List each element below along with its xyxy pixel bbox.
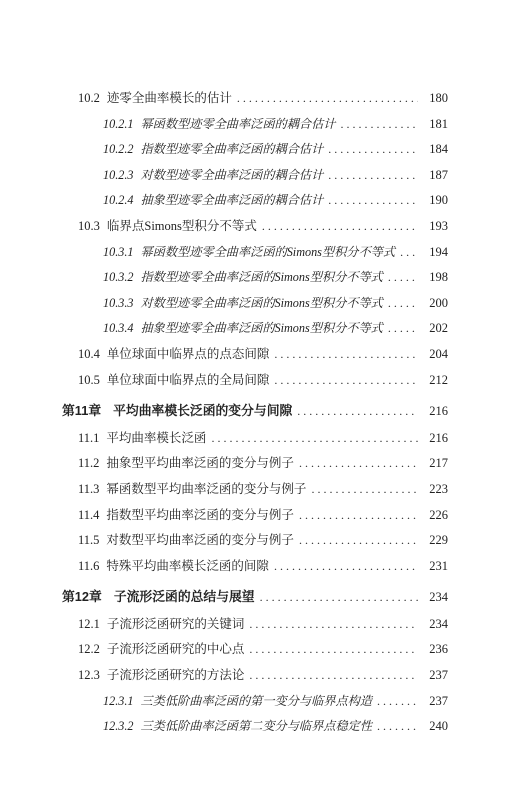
toc-entry-title: 子流形泛函的总结与展望	[114, 584, 255, 610]
toc-dot-leader: ........................................…	[299, 503, 418, 529]
toc-entry-page: 187	[423, 163, 448, 189]
toc-entry-number: 11.1	[78, 426, 99, 452]
toc-entry-page: 223	[423, 477, 448, 503]
toc-entry-number: 11.4	[78, 503, 99, 529]
toc-dot-leader: ........................................…	[249, 637, 418, 663]
toc-dot-leader: ........................................…	[388, 316, 418, 342]
toc-entry-number: 10.3.4	[103, 316, 133, 342]
toc-entry-title: 抽象型迹零全曲率泛函的耦合估计	[140, 188, 323, 214]
toc-entry-number: 12.1	[78, 612, 100, 638]
toc-entry-page: 240	[423, 714, 448, 740]
toc-dot-leader: ........................................…	[237, 86, 418, 112]
toc-entry-title: 平均曲率模长泛函	[106, 426, 206, 452]
toc-entry-title: 幂函数型平均曲率泛函的变分与例子	[106, 477, 306, 503]
toc-entry-number: 10.2	[78, 86, 100, 112]
toc-entry-number: 第11章	[62, 398, 101, 424]
toc-entry-page: 229	[423, 528, 448, 554]
toc-entry-title: 抽象型迹零全曲率泛函的Simons型积分不等式	[140, 316, 382, 342]
toc-entry[interactable]: 11.4指数型平均曲率泛函的变分与例子.....................…	[78, 503, 448, 529]
toc-dot-leader: ........................................…	[377, 714, 418, 740]
toc-entry-page: 237	[423, 663, 448, 689]
toc-entry[interactable]: 12.1子流形泛函研究的关键词.........................…	[78, 612, 448, 638]
toc-entry-title: 子流形泛函研究的中心点	[107, 637, 245, 663]
toc-entry[interactable]: 10.3临界点Simons型积分不等式.....................…	[78, 214, 448, 240]
toc-entry-page: 193	[423, 214, 448, 240]
toc-dot-leader: ........................................…	[211, 426, 418, 452]
toc-entry-number: 10.2.1	[103, 112, 133, 138]
toc-entry-page: 216	[423, 399, 448, 425]
toc-entry[interactable]: 10.2.2指数型迹零全曲率泛函的耦合估计...................…	[103, 137, 448, 163]
toc-entry-number: 10.5	[78, 368, 100, 394]
toc-entry-number: 10.3.1	[103, 240, 133, 266]
toc-dot-leader: ........................................…	[260, 585, 418, 611]
toc-entry-title: 单位球面中临界点的点态间隙	[107, 342, 270, 368]
toc-entry-number: 11.5	[78, 528, 99, 554]
toc-entry-title: 子流形泛函研究的方法论	[107, 663, 245, 689]
toc-entry[interactable]: 10.3.1幂函数型迹零全曲率泛函的Simons型积分不等式..........…	[103, 240, 448, 266]
toc-dot-leader: ........................................…	[388, 265, 418, 291]
toc-entry[interactable]: 10.2.3对数型迹零全曲率泛函的耦合估计...................…	[103, 163, 448, 189]
toc-entry-page: 181	[423, 112, 448, 138]
toc-dot-leader: ........................................…	[328, 188, 418, 214]
toc-dot-leader: ........................................…	[299, 528, 418, 554]
toc-entry[interactable]: 10.4单位球面中临界点的点态间隙.......................…	[78, 342, 448, 368]
toc-entry-page: 234	[423, 585, 448, 611]
toc-entry-title: 三类低阶曲率泛函第二变分与临界点稳定性	[140, 714, 372, 740]
toc-page: 10.2迹零全曲率模长的估计..........................…	[0, 0, 510, 800]
toc-entry-page: 237	[423, 689, 448, 715]
toc-entry-page: 202	[423, 316, 448, 342]
toc-dot-leader: ........................................…	[249, 612, 418, 638]
toc-entry-title: 指数型迹零全曲率泛函的耦合估计	[140, 137, 323, 163]
toc-dot-leader: ........................................…	[262, 214, 418, 240]
toc-entry[interactable]: 12.3.1三类低阶曲率泛函的第一变分与临界点构造...............…	[103, 689, 448, 715]
toc-entry-page: 217	[423, 451, 448, 477]
toc-entry[interactable]: 12.3.2三类低阶曲率泛函第二变分与临界点稳定性...............…	[103, 714, 448, 740]
toc-dot-leader: ........................................…	[340, 112, 418, 138]
toc-entry[interactable]: 10.5单位球面中临界点的全局间隙.......................…	[78, 368, 448, 394]
toc-entry-page: 234	[423, 612, 448, 638]
toc-dot-leader: ........................................…	[328, 137, 418, 163]
toc-entry-number: 10.3	[78, 214, 100, 240]
toc-entry-number: 11.2	[78, 451, 99, 477]
toc-entry[interactable]: 11.5对数型平均曲率泛函的变分与例子.....................…	[78, 528, 448, 554]
toc-entry-number: 10.2.4	[103, 188, 133, 214]
toc-entry-title: 特殊平均曲率模长泛函的间隙	[106, 554, 269, 580]
toc-dot-leader: ........................................…	[311, 477, 418, 503]
toc-entry-page: 204	[423, 342, 448, 368]
toc-dot-leader: ........................................…	[274, 554, 418, 580]
toc-entry[interactable]: 第12章子流形泛函的总结与展望.........................…	[62, 584, 448, 610]
toc-dot-leader: ........................................…	[274, 342, 418, 368]
toc-entry-title: 对数型迹零全曲率泛函的Simons型积分不等式	[140, 291, 382, 317]
toc-entry-title: 子流形泛函研究的关键词	[107, 612, 245, 638]
toc-entry-title: 指数型平均曲率泛函的变分与例子	[106, 503, 294, 529]
toc-entry-title: 幂函数型迹零全曲率泛函的耦合估计	[140, 112, 335, 138]
toc-entry-number: 12.2	[78, 637, 100, 663]
toc-entry-number: 11.3	[78, 477, 99, 503]
toc-entry-page: 231	[423, 554, 448, 580]
toc-entry-page: 236	[423, 637, 448, 663]
toc-entry[interactable]: 11.2抽象型平均曲率泛函的变分与例子.....................…	[78, 451, 448, 477]
toc-entry-number: 12.3.2	[103, 714, 133, 740]
toc-entry-page: 194	[423, 240, 448, 266]
toc-dot-leader: ........................................…	[400, 240, 418, 266]
toc-entry[interactable]: 11.1平均曲率模长泛函............................…	[78, 426, 448, 452]
toc-entry-title: 临界点Simons型积分不等式	[107, 214, 257, 240]
toc-entry-title: 平均曲率模长泛函的变分与间隙	[113, 398, 292, 424]
toc-entry-number: 10.4	[78, 342, 100, 368]
toc-entry-page: 198	[423, 265, 448, 291]
toc-entry[interactable]: 第11章平均曲率模长泛函的变分与间隙......................…	[62, 398, 448, 424]
toc-entry[interactable]: 11.6特殊平均曲率模长泛函的间隙.......................…	[78, 554, 448, 580]
toc-entry[interactable]: 10.2.1幂函数型迹零全曲率泛函的耦合估计..................…	[103, 112, 448, 138]
toc-entry[interactable]: 10.3.3对数型迹零全曲率泛函的Simons型积分不等式...........…	[103, 291, 448, 317]
toc-entry-number: 10.3.2	[103, 265, 133, 291]
toc-entry-page: 226	[423, 503, 448, 529]
toc-entry-number: 10.2.2	[103, 137, 133, 163]
toc-entry-page: 180	[423, 86, 448, 112]
toc-entry-title: 三类低阶曲率泛函的第一变分与临界点构造	[140, 689, 372, 715]
toc-entry[interactable]: 10.2迹零全曲率模长的估计..........................…	[78, 86, 448, 112]
toc-entry[interactable]: 11.3幂函数型平均曲率泛函的变分与例子....................…	[78, 477, 448, 503]
toc-entry-page: 200	[423, 291, 448, 317]
toc-entry[interactable]: 10.3.2指数型迹零全曲率泛函的Simons型积分不等式...........…	[103, 265, 448, 291]
toc-dot-leader: ........................................…	[297, 399, 418, 425]
toc-dot-leader: ........................................…	[328, 163, 418, 189]
toc-entry-number: 第12章	[62, 584, 102, 610]
toc-entry-number: 12.3	[78, 663, 100, 689]
toc-entry-number: 10.2.3	[103, 163, 133, 189]
toc-entry[interactable]: 10.2.4抽象型迹零全曲率泛函的耦合估计...................…	[103, 188, 448, 214]
toc-list: 10.2迹零全曲率模长的估计..........................…	[62, 86, 448, 740]
toc-dot-leader: ........................................…	[249, 663, 418, 689]
toc-entry-number: 12.3.1	[103, 689, 133, 715]
toc-entry-number: 11.6	[78, 554, 99, 580]
toc-entry-page: 216	[423, 426, 448, 452]
toc-entry-title: 对数型平均曲率泛函的变分与例子	[106, 528, 294, 554]
toc-entry-title: 对数型迹零全曲率泛函的耦合估计	[140, 163, 323, 189]
toc-entry-page: 190	[423, 188, 448, 214]
toc-dot-leader: ........................................…	[299, 451, 418, 477]
toc-dot-leader: ........................................…	[377, 689, 418, 715]
toc-entry-title: 抽象型平均曲率泛函的变分与例子	[106, 451, 294, 477]
toc-entry-title: 幂函数型迹零全曲率泛函的Simons型积分不等式	[140, 240, 395, 266]
toc-entry-title: 单位球面中临界点的全局间隙	[107, 368, 270, 394]
toc-entry[interactable]: 12.2子流形泛函研究的中心点.........................…	[78, 637, 448, 663]
toc-dot-leader: ........................................…	[388, 291, 418, 317]
toc-entry-title: 指数型迹零全曲率泛函的Simons型积分不等式	[140, 265, 382, 291]
toc-entry-number: 10.3.3	[103, 291, 133, 317]
toc-entry[interactable]: 12.3子流形泛函研究的方法论.........................…	[78, 663, 448, 689]
toc-entry-page: 184	[423, 137, 448, 163]
toc-dot-leader: ........................................…	[274, 368, 418, 394]
toc-entry[interactable]: 10.3.4抽象型迹零全曲率泛函的Simons型积分不等式...........…	[103, 316, 448, 342]
toc-entry-title: 迹零全曲率模长的估计	[107, 86, 232, 112]
toc-entry-page: 212	[423, 368, 448, 394]
